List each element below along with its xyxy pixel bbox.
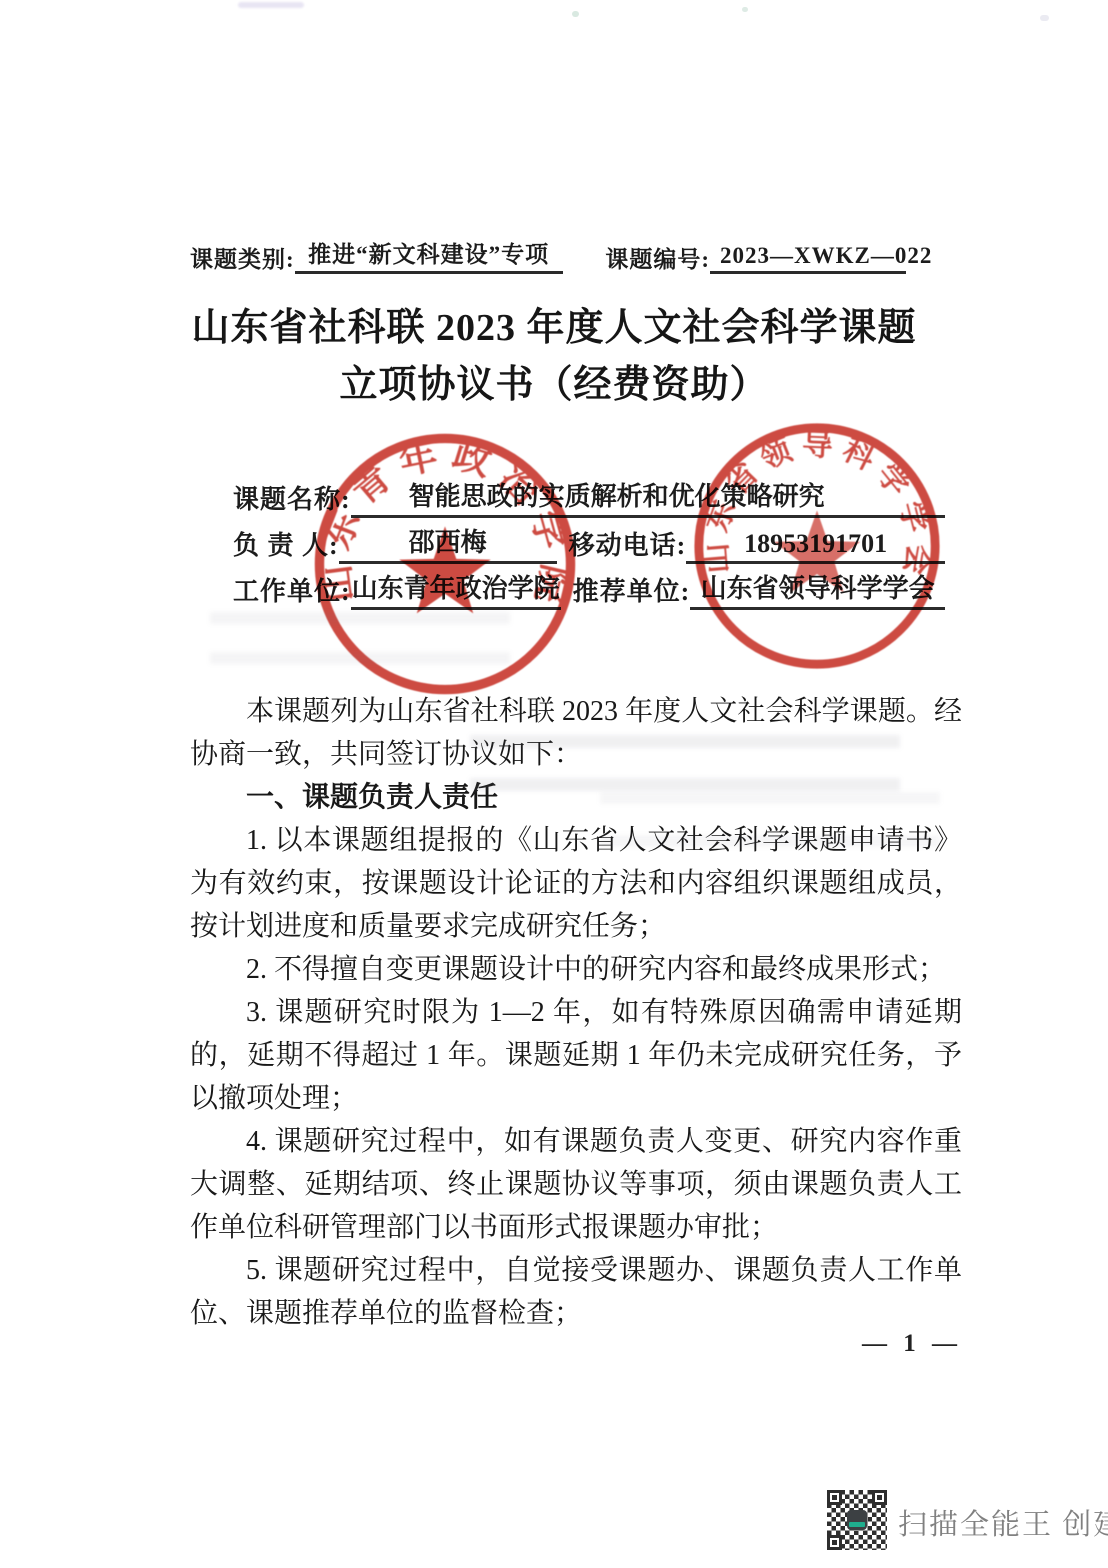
project-category-value: 推进“新文科建设”专项	[295, 236, 563, 274]
seal-star-icon	[774, 511, 860, 593]
agreement-item-2: 2. 不得擅自变更课题设计中的研究内容和最终成果形式；	[190, 948, 962, 991]
qr-finder-icon	[827, 1490, 842, 1505]
recommend-unit-label: 推荐单位:	[573, 571, 691, 610]
project-category-label: 课题类别:	[190, 241, 295, 274]
document-title-line1: 山东省社科联 2023 年度人文社会科学课题	[0, 300, 1108, 357]
header-row: 课题类别: 推进“新文科建设”专项 课题编号: 2023—XWKZ—022	[190, 236, 906, 274]
agreement-item-4: 4. 课题研究过程中，如有课题负责人变更、研究内容作重大调整、延期结项、终止课题…	[190, 1120, 962, 1249]
seal-star-icon	[399, 526, 490, 613]
phone-label: 移动电话:	[569, 525, 687, 564]
qr-finder-icon	[872, 1490, 887, 1505]
section-heading: 一、课题负责人责任	[190, 776, 962, 819]
project-number-label: 课题编号:	[605, 241, 710, 274]
qr-finder-icon	[827, 1535, 842, 1550]
scan-artifact	[1040, 15, 1049, 21]
agreement-item-1: 1. 以本课题组提报的《山东省人文社会科学课题申请书》为有效约束，按课题设计论证…	[190, 819, 962, 948]
scanner-watermark-text: 扫描全能王 创建	[898, 1502, 1108, 1543]
recommend-unit-seal-stamp: 山东省领导科学学会	[688, 418, 946, 674]
scanner-logo-icon	[847, 1510, 867, 1530]
scan-artifact	[572, 11, 579, 17]
document-title-line2: 立项协议书（经费资助）	[0, 357, 1108, 414]
document-title: 山东省社科联 2023 年度人文社会科学课题 立项协议书（经费资助）	[0, 300, 1108, 414]
qr-code-icon	[827, 1490, 887, 1550]
page-number: — 1 —	[862, 1330, 962, 1358]
scan-artifact	[238, 2, 304, 8]
agreement-item-5: 5. 课题研究过程中，自觉接受课题办、课题负责人工作单位、课题推荐单位的监督检查…	[190, 1249, 962, 1335]
agreement-item-3: 3. 课题研究时限为 1—2 年，如有特殊原因确需申请延期的，延期不得超过 1 …	[190, 991, 962, 1120]
scan-artifact	[742, 7, 748, 12]
work-unit-seal-stamp: 山东青年政治学院	[306, 428, 584, 700]
project-number-value: 2023—XWKZ—022	[710, 243, 906, 274]
agreement-intro: 本课题列为山东省社科联 2023 年度人文社会科学课题。经协商一致，共同签订协议…	[190, 690, 962, 776]
scanned-document-page: 课题类别: 推进“新文科建设”专项 课题编号: 2023—XWKZ—022 山东…	[0, 0, 1108, 1568]
agreement-body: 本课题列为山东省社科联 2023 年度人文社会科学课题。经协商一致，共同签订协议…	[190, 690, 962, 1335]
